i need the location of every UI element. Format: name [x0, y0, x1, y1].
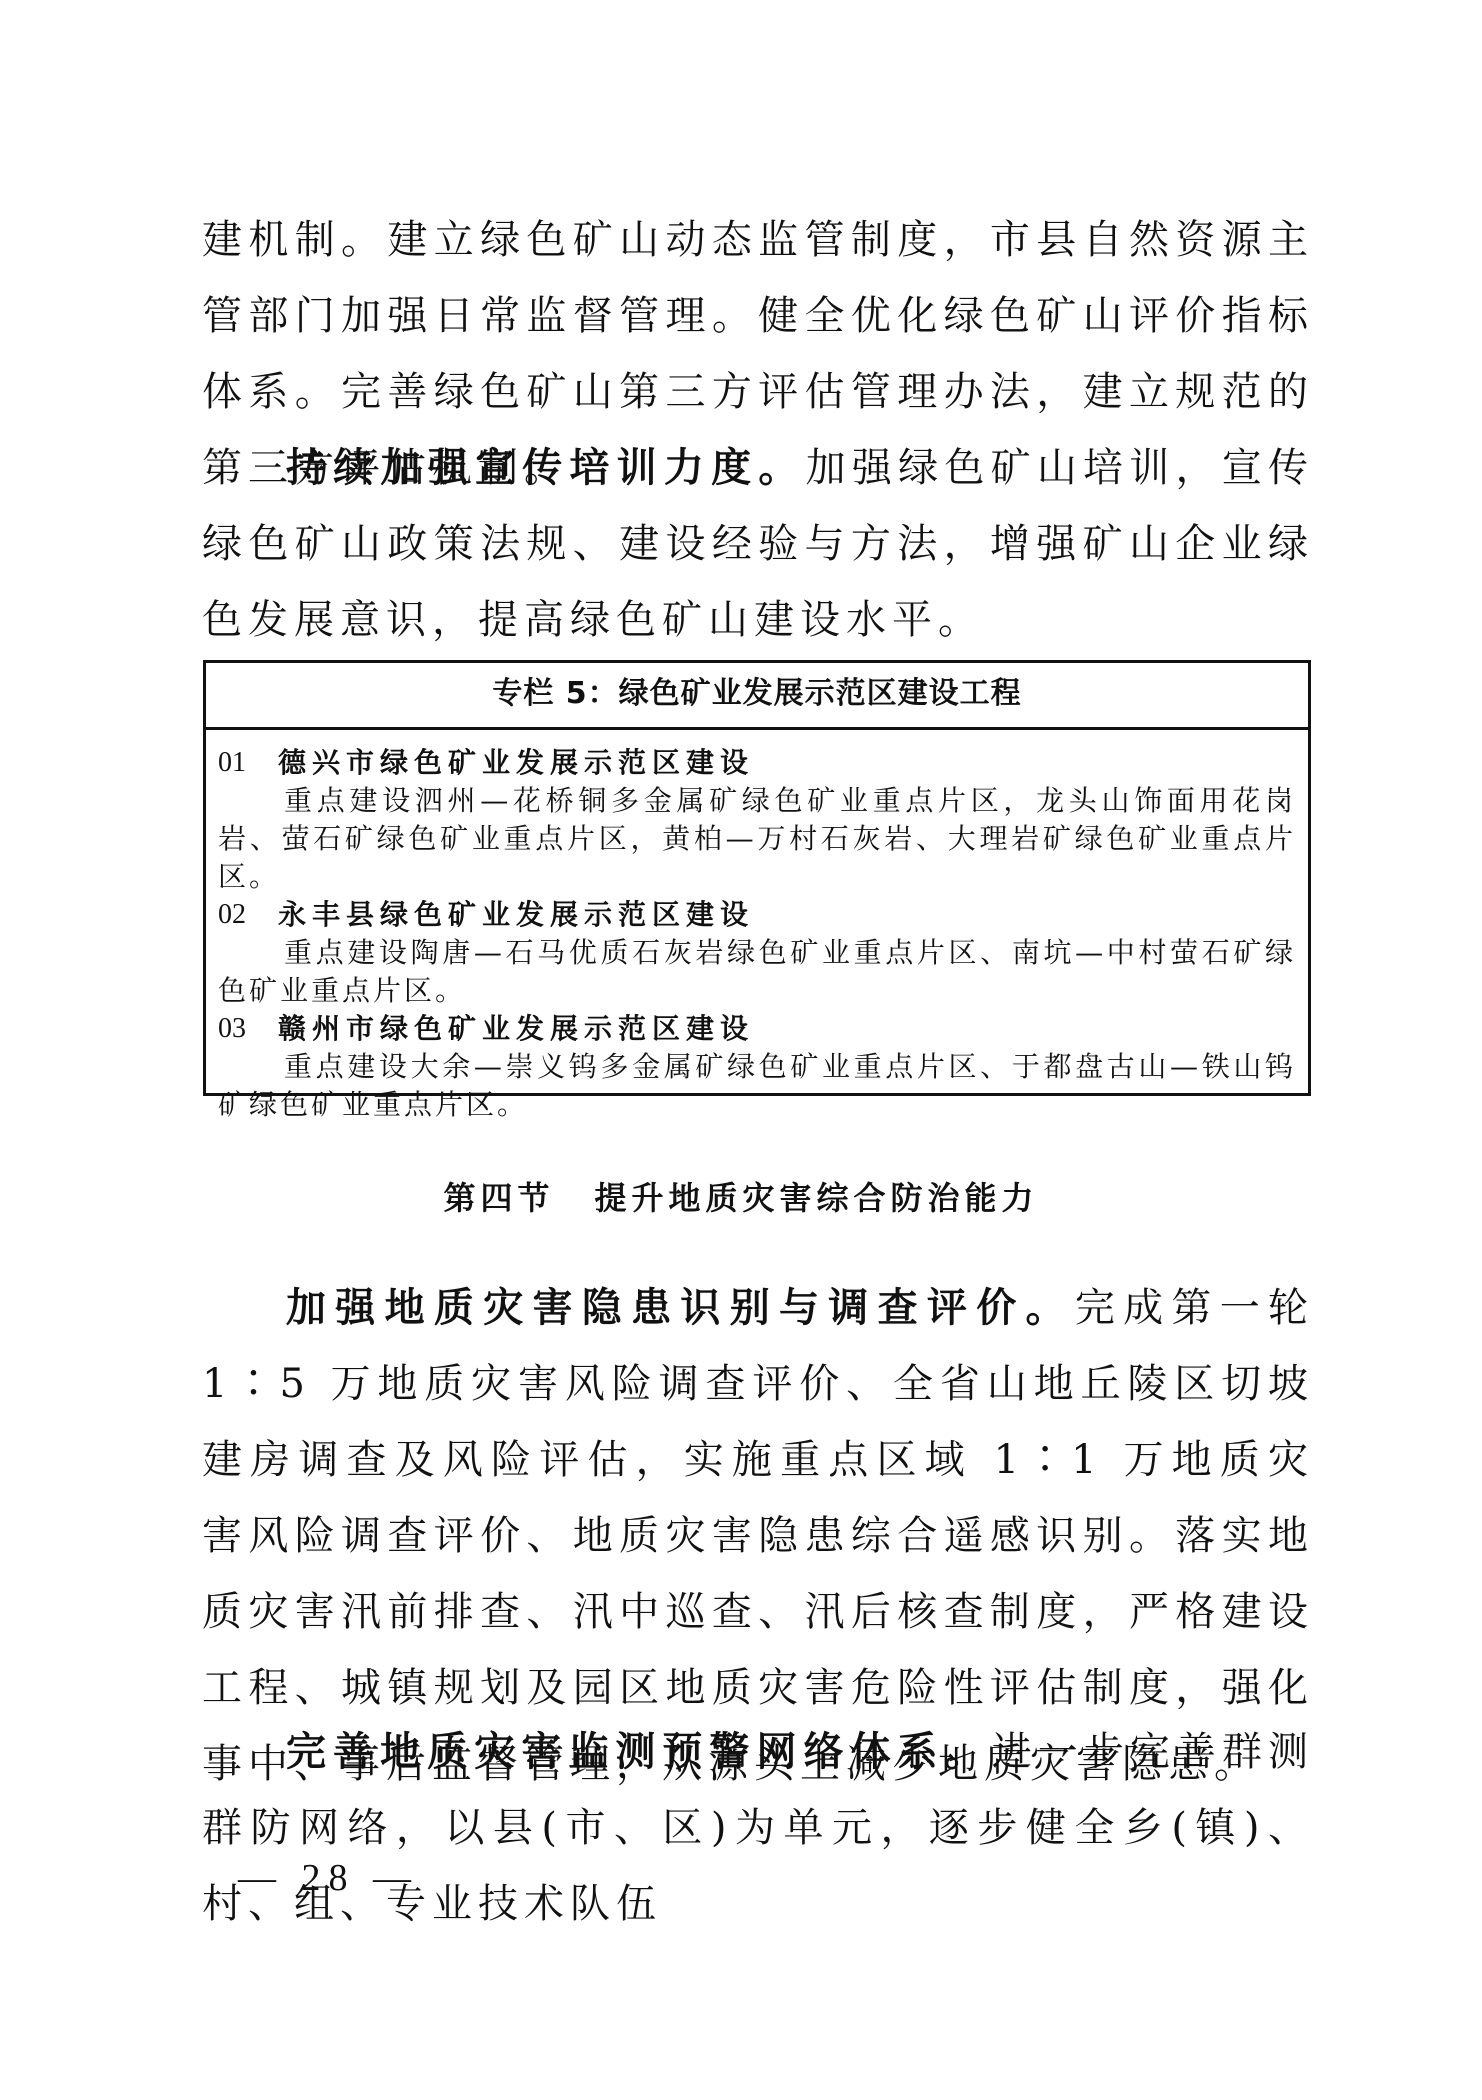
- box-item-02: 02 永丰县绿色矿业发展示范区建设 重点建设陶唐—石马优质石灰岩绿色矿业重点片区…: [218, 896, 1296, 1010]
- section-title-text: 提升地质灾害综合防治能力: [595, 1179, 1039, 1217]
- item-number: 02: [218, 896, 278, 934]
- page-number: — 28 —: [238, 1848, 419, 1908]
- box-item-head: 01 德兴市绿色矿业发展示范区建设: [218, 744, 1296, 782]
- paragraph-lead-heading: 加强地质灾害隐患识别与调查评价。: [286, 1284, 1075, 1331]
- box-item-head: 03 赣州市绿色矿业发展示范区建设: [218, 1010, 1296, 1048]
- item-description: 重点建设大余—崇义钨多金属矿绿色矿业重点片区、于都盘古山—铁山钨矿绿色矿业重点片…: [218, 1048, 1296, 1124]
- box-item-head: 02 永丰县绿色矿业发展示范区建设: [218, 896, 1296, 934]
- section-heading: 第四节提升地质灾害综合防治能力: [0, 1168, 1482, 1228]
- column-box-title: 专栏 5：绿色矿业发展示范区建设工程: [206, 663, 1308, 730]
- item-number: 03: [218, 1010, 278, 1048]
- box-item-01: 01 德兴市绿色矿业发展示范区建设 重点建设泗州—花桥铜多金属矿绿色矿业重点片区…: [218, 744, 1296, 896]
- paragraph-publicity-training: 持续加强宣传培训力度。加强绿色矿山培训，宣传绿色矿山政策法规、建设经验与方法，增…: [202, 430, 1314, 658]
- item-title: 赣州市绿色矿业发展示范区建设: [278, 1010, 754, 1048]
- item-description: 重点建设陶唐—石马优质石灰岩绿色矿业重点片区、南坑—中村萤石矿绿色矿业重点片区。: [218, 934, 1296, 1010]
- section-number: 第四节: [443, 1179, 554, 1217]
- item-title: 德兴市绿色矿业发展示范区建设: [278, 744, 754, 782]
- item-number: 01: [218, 744, 278, 782]
- item-title: 永丰县绿色矿业发展示范区建设: [278, 896, 754, 934]
- paragraph-text: 完成第一轮 1∶5 万地质灾害风险调查评价、全省山地丘陵区切坡建房调查及风险评估…: [202, 1285, 1314, 1787]
- item-description: 重点建设泗州—花桥铜多金属矿绿色矿业重点片区，龙头山饰面用花岗岩、萤石矿绿色矿业…: [218, 782, 1296, 896]
- column-box-body: 01 德兴市绿色矿业发展示范区建设 重点建设泗州—花桥铜多金属矿绿色矿业重点片区…: [206, 730, 1308, 1124]
- paragraph-lead-heading: 完善地质灾害监测预警网络体系。: [286, 1728, 992, 1775]
- paragraph-lead-heading: 持续加强宣传培训力度。: [286, 444, 806, 491]
- document-page: 建机制。建立绿色矿山动态监管制度，市县自然资源主管部门加强日常监督管理。健全优化…: [0, 0, 1482, 2100]
- column-box-5: 专栏 5：绿色矿业发展示范区建设工程 01 德兴市绿色矿业发展示范区建设 重点建…: [203, 660, 1311, 1096]
- box-item-03: 03 赣州市绿色矿业发展示范区建设 重点建设大余—崇义钨多金属矿绿色矿业重点片区…: [218, 1010, 1296, 1124]
